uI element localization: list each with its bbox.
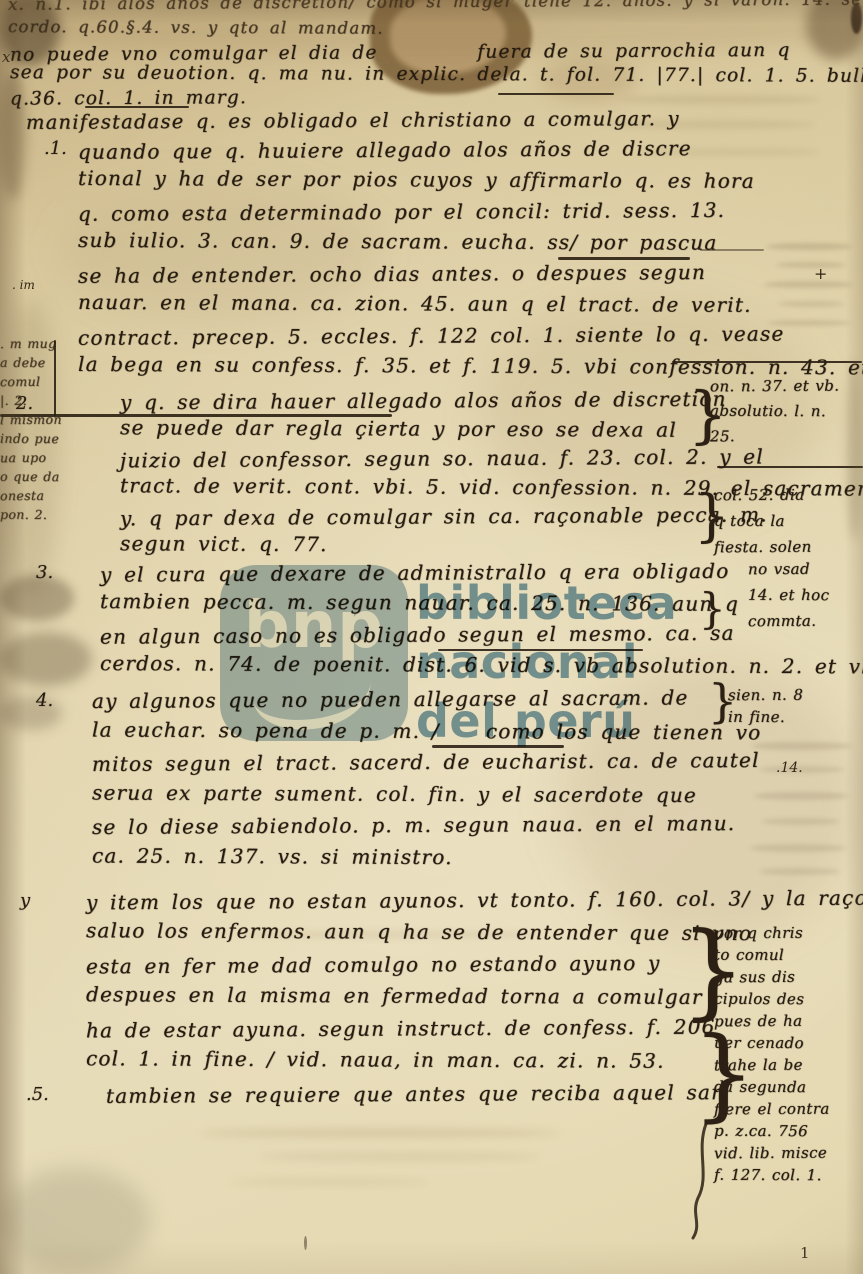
item-4-lines: ay algunos que no pueden allegarse al sa… xyxy=(92,684,761,873)
manuscript-line: ua upo xyxy=(0,448,62,467)
manuscript-line: nauar. en el mana. ca. zion. 45. aun q e… xyxy=(78,287,863,322)
item-marker-3: 3. xyxy=(36,558,53,588)
note-block: no puede vno comulgar el dia de fuera de… xyxy=(10,42,863,108)
margin-mark-fourteen: .14. xyxy=(776,760,803,776)
folio-number: 1 xyxy=(800,1244,810,1262)
manuscript-line: comul xyxy=(0,372,62,391)
margin-brace: } xyxy=(694,489,730,545)
manuscript-line: . m mug xyxy=(0,334,62,353)
right-note-confession: on. n. 37. et vb.absolutio. l. n.25. xyxy=(710,374,839,449)
margin-brace: } xyxy=(708,678,737,724)
header-lines: x. n.1. ibi alos años de discretion/ com… xyxy=(8,0,863,42)
ink-rule xyxy=(438,649,643,651)
ink-rule xyxy=(672,361,862,363)
manuscript-line: absolutio. l. n. xyxy=(710,399,839,425)
item-5-lines: tambien se requiere que antes que reciba… xyxy=(106,1079,725,1109)
manuscript-line: |. 2. xyxy=(0,391,62,410)
manuscript-line: 25. xyxy=(710,424,840,450)
manuscript-line: se ha de entender. ocho dias antes. o de… xyxy=(78,255,863,292)
ink-rule xyxy=(498,93,614,95)
manuscript-line: se lo diese sabiendolo. p. m. segun naua… xyxy=(92,808,762,844)
manuscript-line: y item los que no estan ayunos. vt tonto… xyxy=(86,882,863,919)
item-marker-1: .1. xyxy=(44,134,67,164)
right-note-sien: sien. n. 8in fine. xyxy=(728,684,803,728)
paper-smudge xyxy=(754,792,848,800)
bracket-tail-flourish xyxy=(686,1124,720,1242)
manuscript-line: indo pue xyxy=(0,429,62,448)
left-margin-notes: . m muga debecomul|. 2.l mismonindo pueu… xyxy=(0,334,62,524)
manuscript-line: manifestadase q. es obligado el christia… xyxy=(26,106,680,136)
item-marker-y: y xyxy=(20,886,30,916)
manuscript-page: x. n.1. ibi alos años de discretion/ com… xyxy=(0,0,863,1274)
manuscript-line: on. n. 37. et vb. xyxy=(710,374,840,400)
ink-rule xyxy=(54,340,56,416)
manuscript-line: f. 127. col. 1. xyxy=(714,1164,830,1187)
manuscript-line: a debe xyxy=(0,353,62,372)
margin-mark-x-mark: x xyxy=(2,48,10,66)
paper-smudge xyxy=(0,632,92,686)
manuscript-line: la euchar. so pena de p. m. / como los q… xyxy=(92,714,762,748)
manuscript-line: pon. 2. xyxy=(0,505,62,524)
item-marker-5: .5. xyxy=(26,1080,49,1110)
paper-smudge xyxy=(260,1152,540,1161)
margin-brace: } xyxy=(692,1024,756,1124)
ink-rule xyxy=(0,414,392,417)
paper-smudge xyxy=(750,844,846,852)
manuscript-line: mitos segun el tract. sacerd. de euchari… xyxy=(92,745,762,781)
margin-brace: } xyxy=(699,588,726,630)
manuscript-line: quando que q. huuiere allegado alos años… xyxy=(78,131,863,168)
margin-brace: } xyxy=(680,918,746,1022)
manuscript-line: ca. 25. n. 137. vs. si ministro. xyxy=(92,840,762,874)
ink-rule xyxy=(700,249,764,251)
manuscript-line: tambien se requiere que antes que reciba… xyxy=(106,1077,725,1111)
manuscript-line: tional y ha de ser por pios cuyos y affi… xyxy=(78,163,863,198)
paper-smudge xyxy=(304,1236,307,1250)
manuscript-line: cerdos. n. 74. de poenit. dist. 6. vid s… xyxy=(100,648,863,683)
manuscript-line: sub iulio. 3. can. 9. de sacram. eucha. … xyxy=(78,225,863,260)
manuscript-line: l mismon xyxy=(0,410,62,429)
paper-smudge xyxy=(760,868,840,875)
margin-brace: } xyxy=(688,384,727,446)
manuscript-line: ay algunos que no pueden allegarse al sa… xyxy=(92,682,762,718)
right-note-commta: no vsad14. et hoccommta. xyxy=(748,556,829,634)
paper-smudge xyxy=(0,1168,150,1274)
margin-mark-cross: + xyxy=(814,264,827,283)
ink-rule xyxy=(717,466,863,468)
paper-smudge xyxy=(762,818,840,825)
manuscript-line: no vsad xyxy=(748,556,830,582)
manuscript-line: serua ex parte sument. col. fin. y el sa… xyxy=(92,777,762,811)
manuscript-line: q. como esta determinado por el concil: … xyxy=(78,193,863,230)
paper-smudge xyxy=(752,742,852,750)
manuscript-line: commta. xyxy=(748,608,830,634)
manuscript-line: onesta xyxy=(0,486,62,505)
manuscript-line: vid. lib. misce xyxy=(714,1142,830,1165)
manuscript-line: in fine. xyxy=(728,706,803,728)
manuscript-line: 14. et hoc xyxy=(748,582,830,608)
margin-mark-im-fragment: . im xyxy=(12,278,35,292)
manuscript-line: sien. n. 8 xyxy=(728,684,803,706)
manuscript-line: contract. precep. 5. eccles. f. 122 col.… xyxy=(78,317,863,354)
item-1-lines: quando que q. huuiere allegado alos años… xyxy=(78,134,863,382)
paper-smudge xyxy=(230,1178,430,1186)
manuscript-line: o que da xyxy=(0,467,62,486)
intro-line: manifestadase q. es obligado el christia… xyxy=(26,108,680,134)
ink-rule xyxy=(85,106,189,108)
item-marker-4: 4. xyxy=(36,686,53,716)
ink-rule xyxy=(432,745,564,748)
ink-rule xyxy=(558,257,690,260)
paper-smudge xyxy=(200,1128,560,1138)
